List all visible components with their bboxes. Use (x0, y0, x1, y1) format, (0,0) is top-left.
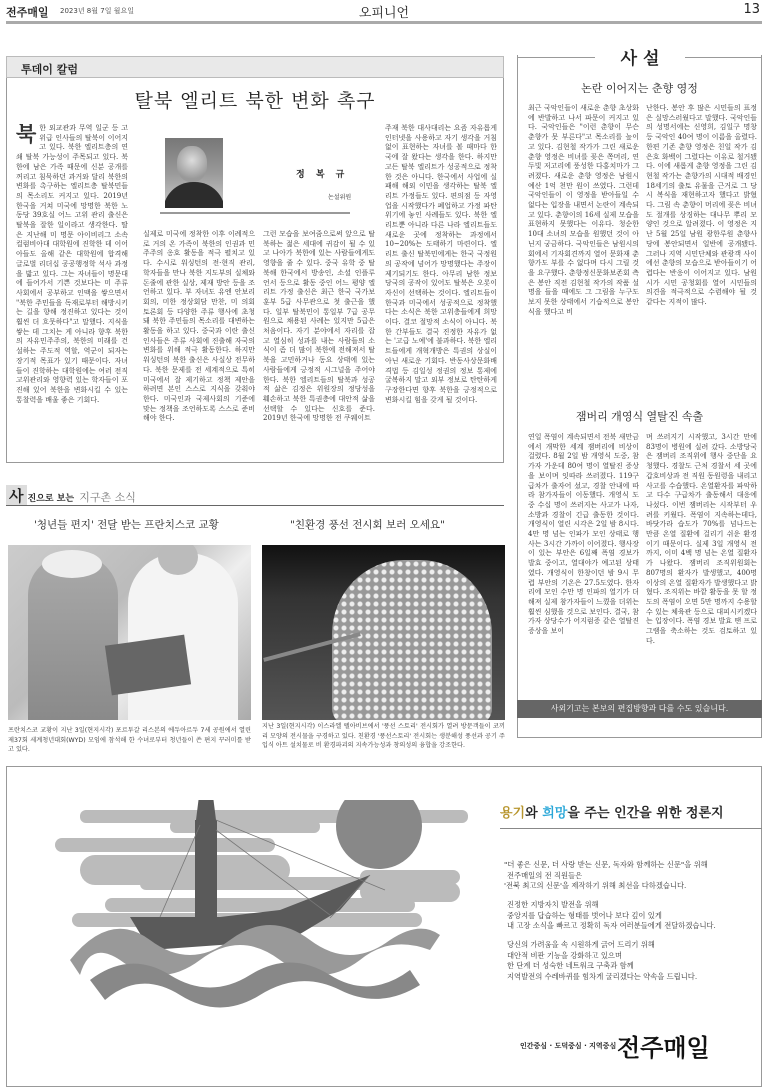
photo-news-rule (6, 505, 504, 506)
editorial-title-2: 잼버리 개영식 열탈진 속출 (517, 408, 762, 424)
disclaimer-banner: 사외기고는 본보의 편집방향과 다를 수도 있습니다. (517, 700, 762, 718)
editorial-header-line-right (685, 57, 762, 58)
ad-paragraph-3: 당신의 가려움을 속 시원하게 긁어 드리기 위해 대안적 비판 기능을 강화하… (507, 940, 697, 982)
editorial-1-col1: 최근 국악인들이 새로운 춘향 초상화에 반발하고 나서 파문이 커지고 있다.… (528, 104, 639, 396)
column-text-col2: 실제로 미국에 정착한 이후 이례적으로 거의 온 가족이 북한의 인권과 민주… (143, 230, 255, 458)
editorial-2-col2: 며 쓰러지기 시작했고, 3시간 만에 83명이 병원에 실려 갔다. 소방당국… (646, 433, 757, 693)
ad-slogan: 용기와 희망을 주는 인간을 위한 정론지 (500, 802, 724, 821)
editorial-title-1: 논란 이어지는 춘향 영정 (517, 80, 762, 96)
editorial-header: 사 설 (595, 44, 685, 69)
page-number: 13 (743, 2, 760, 17)
column-text-col1: 북한 외교관과 무역 일군 등 고위급 인사들의 탈북이 이어지고 있다. 북한… (16, 124, 128, 458)
dropcap: 북 (16, 124, 36, 144)
photo-caption-1: 프란치스코 교황이 지난 3일(현지시각) 포르투갈 리스본의 에두아르두 7세… (8, 726, 251, 755)
photo-title-1: '청년들 편지' 전달 받는 프란치스코 교황 (34, 517, 219, 532)
ad-logo: 전주매일 (617, 1028, 710, 1063)
column-text-col3: 그런 모습을 보여줌으로써 앞으로 탈북하는 젊은 세대에 귀감이 될 수 있고… (263, 230, 375, 458)
photo-news-header: 사진으로 보는 지구촌 소식 (6, 485, 136, 506)
author-photo (165, 138, 223, 208)
pope-photo (8, 545, 251, 720)
ad-paragraph-1: "더 좋은 신문, 더 사랑 받는 신문, 독자와 함께하는 신문"을 위해 전… (504, 860, 708, 892)
column-text-col4: 주재 북한 대사대리는 요즘 자유롭게 인터넷을 사용하고 자기 생각을 거침없… (385, 124, 497, 458)
author-name: 정 복 규 (296, 167, 348, 180)
column-title: 탈북 엘리트 북한 변화 촉구 (6, 86, 504, 113)
photo-title-2: "친환경 풍선 전시회 보러 오세요" (290, 517, 445, 532)
ad-paragraph-2: 진정한 지방자치 발전을 위해 중앙지를 답습하는 형태를 벗어나 보다 깊이 … (507, 900, 716, 932)
editorial-2-col1: 연일 폭염이 계속되면서 전북 새만금에서 개막한 세계 잼버리에 비상이 걸렸… (528, 433, 639, 693)
ad-motto: 인간중심 · 도덕중심 · 지역중심 (520, 1041, 616, 1051)
section-title: 오피니언 (0, 2, 768, 21)
ad-rule (500, 828, 762, 829)
editorial-1-col2: 난한다. 봉안 후 많은 시민들의 표정은 실망스러웠다고 말했다. 국악인들의… (646, 104, 757, 396)
ship-illustration (30, 800, 470, 1030)
column-header: 투데이 칼럼 (6, 56, 504, 78)
editorial-header-line-left (517, 57, 595, 58)
balloon-elephant-photo (262, 545, 505, 720)
author-role: 논설위원 (328, 192, 351, 201)
photo-caption-2: 지난 3일(현지시각) 이스라엘 텔아비브에서 '풍선 스토리' 전시회가 열려… (262, 722, 505, 751)
byline-rule (160, 212, 350, 214)
header-rule (6, 21, 762, 24)
